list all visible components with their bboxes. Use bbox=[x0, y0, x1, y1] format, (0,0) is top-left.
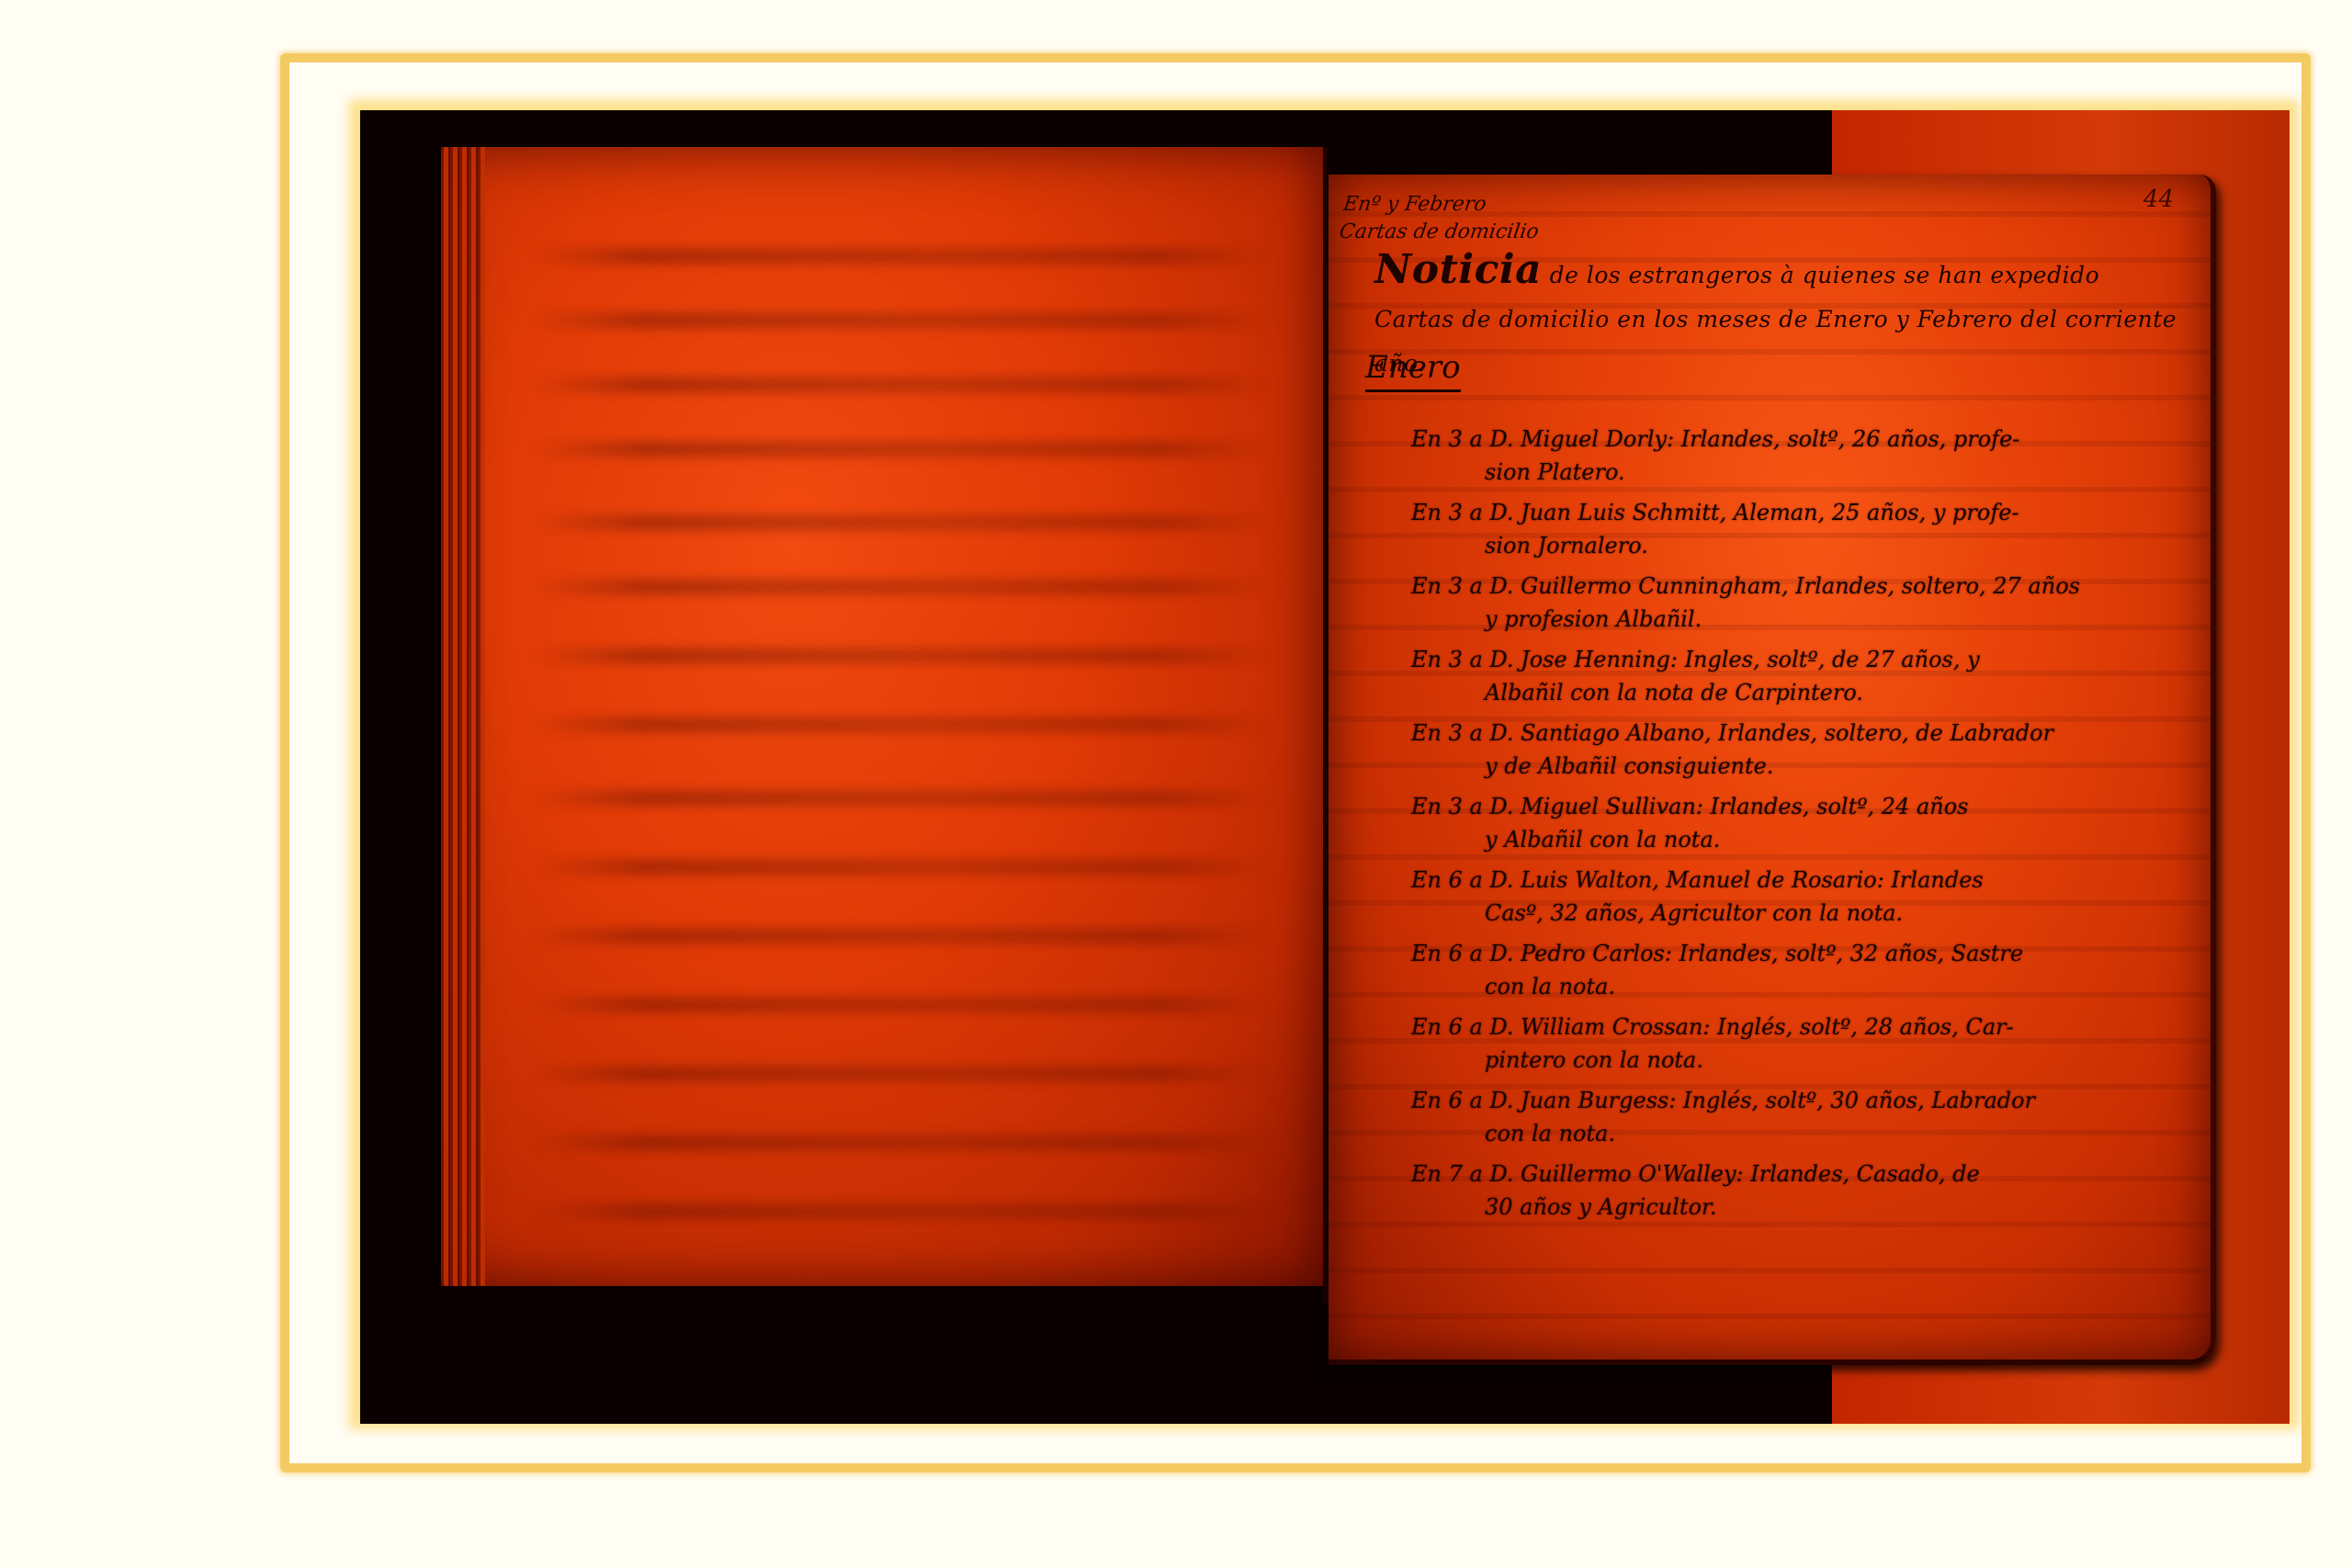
entry-line: pintero con la nota. bbox=[1365, 1043, 2192, 1077]
bleed-through-line bbox=[533, 1134, 1268, 1151]
bleed-through-line bbox=[533, 1066, 1268, 1082]
entry-list: En 3 a D. Miguel Dorly: Irlandes, soltº,… bbox=[1365, 423, 2192, 1231]
heading-lead: Noticia bbox=[1374, 246, 1542, 293]
entry-line: y de Albañil consiguiente. bbox=[1365, 750, 2192, 783]
entry-line: En 6 a D. William Crossan: Inglés, soltº… bbox=[1365, 1010, 2192, 1043]
entry-line: En 6 a D. Juan Burgess: Inglés, soltº, 3… bbox=[1365, 1084, 2192, 1117]
entry-line: En 3 a D. Miguel Sullivan: Irlandes, sol… bbox=[1365, 790, 2192, 823]
bleed-through-line bbox=[533, 997, 1268, 1013]
bleed-through-line bbox=[533, 514, 1268, 531]
folio-number: 44 bbox=[2143, 186, 2174, 213]
entry-line: 30 años y Agricultor. bbox=[1365, 1190, 2192, 1224]
bleed-through-line bbox=[533, 1203, 1268, 1220]
left-page bbox=[441, 147, 1323, 1286]
list-item: En 6 a D. Luis Walton, Manuel de Rosario… bbox=[1365, 863, 2192, 930]
list-item: En 3 a D. Guillermo Cunningham, Irlandes… bbox=[1365, 570, 2192, 636]
bleed-through-line bbox=[533, 859, 1268, 875]
entry-line: En 6 a D. Pedro Carlos: Irlandes, soltº,… bbox=[1365, 937, 2192, 970]
list-item: En 6 a D. Pedro Carlos: Irlandes, soltº,… bbox=[1365, 937, 2192, 1003]
entry-line: y Albañil con la nota. bbox=[1365, 823, 2192, 856]
entry-line: Casº, 32 años, Agricultor con la nota. bbox=[1365, 897, 2192, 930]
bleed-through-line bbox=[533, 579, 1268, 595]
list-item: En 3 a D. Miguel Dorly: Irlandes, soltº,… bbox=[1365, 423, 2192, 489]
entry-line: En 7 a D. Guillermo O'Walley: Irlandes, … bbox=[1365, 1157, 2192, 1190]
list-item: En 3 a D. Santiago Albano, Irlandes, sol… bbox=[1365, 716, 2192, 783]
entry-line: En 3 a D. Juan Luis Schmitt, Aleman, 25 … bbox=[1365, 496, 2192, 529]
bleed-through-line bbox=[533, 248, 1268, 265]
entry-line: con la nota. bbox=[1365, 970, 2192, 1003]
margin-note: Enº y Febrero Cartas de domicilio bbox=[1338, 191, 1544, 246]
manuscript-photo: Enº y Febrero Cartas de domicilio 44 Not… bbox=[360, 110, 2290, 1424]
entry-line: y profesion Albañil. bbox=[1365, 603, 2192, 636]
entry-line: sion Jornalero. bbox=[1365, 529, 2192, 562]
entry-line: sion Platero. bbox=[1365, 456, 2192, 489]
entry-line: En 3 a D. Jose Henning: Ingles, soltº, d… bbox=[1365, 643, 2192, 676]
entry-line: En 3 a D. Santiago Albano, Irlandes, sol… bbox=[1365, 716, 2192, 750]
month-heading: Enero bbox=[1365, 349, 1461, 392]
list-item: En 6 a D. Juan Burgess: Inglés, soltº, 3… bbox=[1365, 1084, 2192, 1150]
margin-note-line: Enº y Febrero bbox=[1341, 191, 1544, 219]
list-item: En 3 a D. Juan Luis Schmitt, Aleman, 25 … bbox=[1365, 496, 2192, 562]
page-edges bbox=[441, 147, 485, 1286]
bleed-through-line bbox=[533, 928, 1268, 944]
entry-line: En 3 a D. Miguel Dorly: Irlandes, soltº,… bbox=[1365, 423, 2192, 456]
bleed-through-line bbox=[533, 377, 1268, 393]
list-item: En 3 a D. Miguel Sullivan: Irlandes, sol… bbox=[1365, 790, 2192, 856]
entry-line: con la nota. bbox=[1365, 1117, 2192, 1150]
bleed-through-line bbox=[533, 312, 1268, 329]
list-item: En 7 a D. Guillermo O'Walley: Irlandes, … bbox=[1365, 1157, 2192, 1224]
entry-line: En 3 a D. Guillermo Cunningham, Irlandes… bbox=[1365, 570, 2192, 603]
list-item: En 6 a D. William Crossan: Inglés, soltº… bbox=[1365, 1010, 2192, 1077]
right-page: Enº y Febrero Cartas de domicilio 44 Not… bbox=[1329, 175, 2216, 1365]
entry-line: Albañil con la nota de Carpintero. bbox=[1365, 676, 2192, 709]
bleed-through-line bbox=[533, 716, 1268, 733]
margin-note-line: Cartas de domicilio bbox=[1338, 219, 1541, 246]
page-heading: Noticia de los estrangeros à quienes se … bbox=[1374, 248, 2183, 386]
bleed-through-line bbox=[533, 441, 1268, 457]
list-item: En 3 a D. Jose Henning: Ingles, soltº, d… bbox=[1365, 643, 2192, 709]
bleed-through-line bbox=[533, 790, 1268, 807]
bleed-through-line bbox=[533, 648, 1268, 664]
entry-line: En 6 a D. Luis Walton, Manuel de Rosario… bbox=[1365, 863, 2192, 897]
